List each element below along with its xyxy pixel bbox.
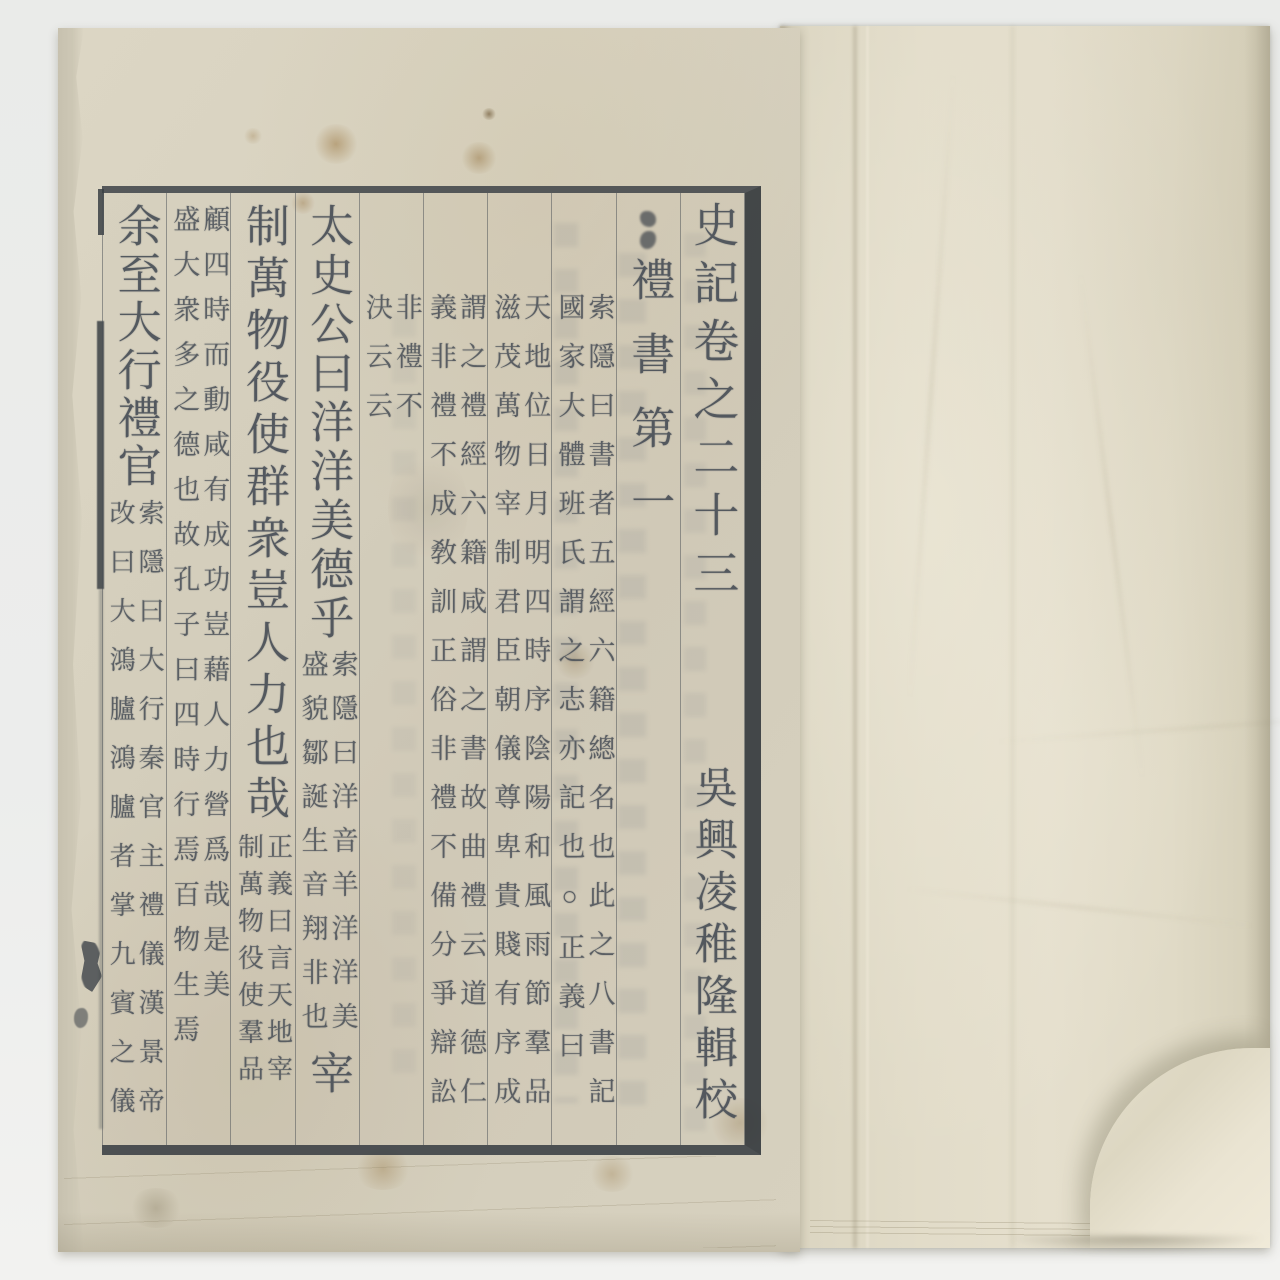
large-text: 太史公曰洋洋美德乎	[305, 203, 349, 644]
large-text: 史記卷之二十三	[689, 201, 735, 607]
double-line-commentary: 顧四時而動咸有成功豈藉人力營爲哉是美盛大衆多之德也故孔子曰四時行焉百物生焉	[167, 205, 230, 1060]
commentary-subcolumn: 義非禮不成敎訓正俗非禮不備分爭辯訟	[427, 293, 454, 1126]
blank-right-page	[780, 26, 1270, 1248]
large-text: 宰	[305, 1050, 349, 1099]
column-commentary-5: 顧四時而動咸有成功豈藉人力營爲哉是美盛大衆多之德也故孔子曰四時行焉百物生焉	[166, 193, 230, 1145]
curled-page-corner	[1090, 1048, 1270, 1248]
column-commentary-4: 非禮不決云云	[359, 193, 423, 1145]
column-commentary-2: 天地位日月明四時序陰陽和風雨節羣品滋茂萬物宰制君臣朝儀尊卑貴賤有序成	[487, 193, 551, 1145]
double-line-commentary: 索隱曰大行秦官主禮儀漢景帝改曰大鴻臚鴻臚者掌九賓之儀	[103, 499, 166, 1136]
double-line-commentary: 正義曰言天地宰制萬物役使羣品	[231, 833, 294, 1092]
commentary-subcolumn: 滋茂萬物宰制君臣朝儀尊卑貴賤有序成	[491, 293, 518, 1126]
double-line-commentary: 索隱曰書者五經六籍總名也此之八書記國家大體班氏謂之志亦記也○正義曰	[552, 293, 615, 1126]
column-main-text-1: 太史公曰洋洋美德乎索隱曰洋音羊洋洋美盛貌鄒誕生音翔非也宰	[295, 193, 359, 1145]
stain	[243, 128, 263, 144]
large-text: 制萬物役使群衆豈人力也哉	[241, 203, 285, 827]
vertical-crease-highlight	[866, 26, 869, 1248]
vertical-crease	[852, 26, 858, 1248]
text-frame-columns: 史記卷之二十三吳興凌稚隆輯校禮書第一索隱曰書者五經六籍總名也此之八書記國家大體班…	[102, 193, 745, 1145]
commentary-subcolumn: 盛大衆多之德也故孔子曰四時行焉百物生焉	[170, 205, 197, 1060]
commentary-subcolumn: 謂之禮經六籍咸謂之書故曲禮云道德仁	[457, 293, 484, 1126]
double-line-commentary: 索隱曰洋音羊洋洋美盛貌鄒誕生音翔非也	[296, 650, 359, 1046]
corner-curl-shadow	[1006, 1236, 1266, 1254]
double-line-commentary: 天地位日月明四時序陰陽和風雨節羣品滋茂萬物宰制君臣朝儀尊卑貴賤有序成	[488, 293, 551, 1126]
commentary-subcolumn: 索隱曰書者五經六籍總名也此之八書記	[585, 293, 612, 1126]
ink-blot	[74, 1008, 88, 1028]
faint-crease	[1010, 26, 1015, 1248]
commentary-subcolumn: 非禮不	[393, 293, 420, 440]
commentary-subcolumn: 索隱曰大行秦官主禮儀漢景帝	[136, 499, 162, 1136]
bottom-shade	[58, 1212, 800, 1252]
stain	[460, 142, 498, 174]
printed-text-frame: 史記卷之二十三吳興凌稚隆輯校禮書第一索隱曰書者五經六籍總名也此之八書記國家大體班…	[102, 186, 761, 1155]
paper-wrinkle	[901, 887, 1259, 928]
commentary-subcolumn: 制萬物役使羣品	[235, 833, 261, 1092]
column-main-text-3: 余至大行禮官索隱曰大行秦官主禮儀漢景帝改曰大鴻臚鴻臚者掌九賓之儀	[102, 193, 166, 1145]
column-commentary-3: 謂之禮經六籍咸謂之書故曲禮云道德仁義非禮不成敎訓正俗非禮不備分爭辯訟	[423, 193, 487, 1145]
commentary-subcolumn: 國家大體班氏謂之志亦記也○正義曰	[555, 293, 582, 1080]
double-line-commentary: 謂之禮經六籍咸謂之書故曲禮云道德仁義非禮不成敎訓正俗非禮不備分爭辯訟	[424, 293, 487, 1126]
torn-left-edge	[58, 28, 84, 1252]
commentary-subcolumn: 正義曰言天地宰	[264, 833, 290, 1092]
large-text: 吳興凌稚隆輯校	[691, 765, 734, 1129]
large-text: 余至大行禮官	[113, 203, 157, 491]
double-line-commentary: 非禮不決云云	[360, 293, 423, 440]
paper-wrinkle	[1078, 268, 1144, 784]
stain	[313, 124, 359, 164]
column-volume-title-and-editor: 史記卷之二十三吳興凌稚隆輯校	[680, 193, 745, 1145]
large-text: 禮書第一	[626, 257, 670, 553]
commentary-subcolumn: 顧四時而動咸有成功豈藉人力營爲哉是美	[200, 205, 227, 1015]
photo-of-open-woodblock-book: { "document": { "script": "Classical Chi…	[0, 0, 1280, 1280]
commentary-subcolumn: 改曰大鴻臚鴻臚者掌九賓之儀	[107, 499, 133, 1136]
column-main-text-2: 制萬物役使群衆豈人力也哉正義曰言天地宰制萬物役使羣品	[230, 193, 294, 1145]
column-commentary-1: 索隱曰書者五經六籍總名也此之八書記國家大體班氏謂之志亦記也○正義曰	[551, 193, 615, 1145]
commentary-subcolumn: 盛貌鄒誕生音翔非也	[299, 650, 326, 1046]
paper-wrinkle	[908, 67, 956, 706]
commentary-subcolumn: 決云云	[363, 293, 390, 440]
commentary-subcolumn: 天地位日月明四時序陰陽和風雨節羣品	[521, 293, 548, 1126]
printed-left-page: 史記卷之二十三吳興凌稚隆輯校禮書第一索隱曰書者五經六籍總名也此之八書記國家大體班…	[58, 28, 800, 1252]
stain	[482, 108, 496, 120]
commentary-subcolumn: 索隱曰洋音羊洋洋美	[329, 650, 356, 1046]
column-chapter-title: 禮書第一	[616, 193, 680, 1145]
small-ink-marks	[638, 211, 658, 253]
